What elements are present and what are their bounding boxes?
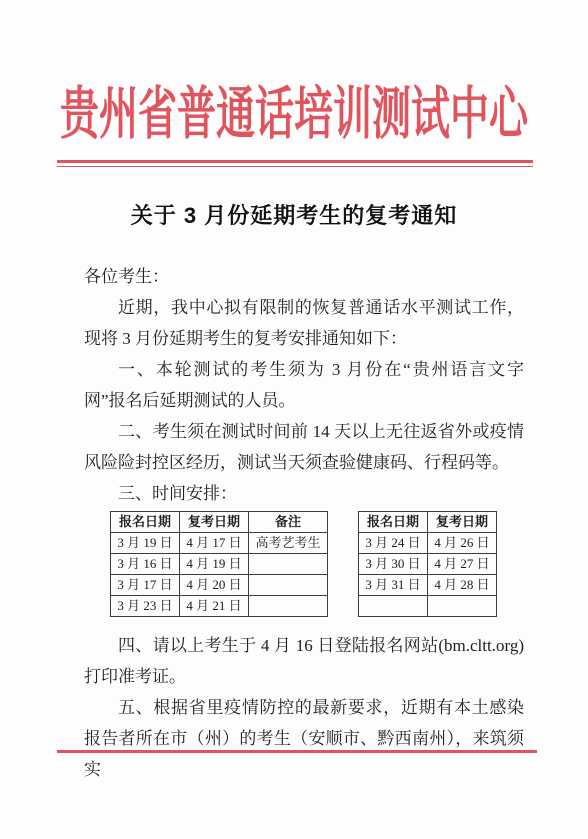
table-row: 3 月 31 日 4 月 28 日 — [359, 575, 497, 596]
cell-signup-date: 3 月 30 日 — [359, 554, 428, 575]
cell-signup-date: 3 月 23 日 — [111, 596, 180, 617]
cell-retest-date: 4 月 21 日 — [180, 596, 249, 617]
table-row: 3 月 17 日 4 月 20 日 — [111, 575, 328, 596]
salutation: 各位考生： — [84, 261, 524, 292]
paragraph-item-1: 一、本轮测试的考生须为 3 月份在“贵州语言文字网”报名后延期测试的人员。 — [84, 354, 524, 416]
table-header-row: 报名日期 复考日期 备注 — [111, 512, 328, 533]
cell-retest-date: 4 月 20 日 — [180, 575, 249, 596]
paragraph-item-4: 四、请以上考生于 4 月 16 日登陆报名网站(bm.cltt.org)打印准考… — [84, 630, 524, 692]
table-row: 3 月 16 日 4 月 19 日 — [111, 554, 328, 575]
paragraph-intro: 近期，我中心拟有限制的恢复普通话水平测试工作，现将 3 月份延期考生的复考安排通… — [84, 292, 524, 354]
cell-retest-date: 4 月 27 日 — [428, 554, 497, 575]
cell-retest-date: 4 月 17 日 — [180, 533, 249, 554]
document-page: 贵州省普通话培训测试中心 关于 3 月份延期考生的复考通知 各位考生： 近期，我… — [0, 0, 588, 839]
cell-note: 高考艺考生 — [249, 533, 328, 554]
cell-note — [249, 575, 328, 596]
table-header-row: 报名日期 复考日期 — [359, 512, 497, 533]
cell-signup-date: 3 月 19 日 — [111, 533, 180, 554]
schedule-tables: 报名日期 复考日期 备注 3 月 19 日 4 月 17 日 高考艺考生 3 月… — [110, 511, 524, 617]
column-header: 备注 — [249, 512, 328, 533]
notice-body: 各位考生： 近期，我中心拟有限制的恢复普通话水平测试工作，现将 3 月份延期考生… — [0, 230, 588, 785]
letterhead: 贵州省普通话培训测试中心 — [0, 62, 588, 158]
cell-signup-date: 3 月 24 日 — [359, 533, 428, 554]
column-header: 报名日期 — [359, 512, 428, 533]
cell-signup-date — [359, 596, 428, 617]
paragraph-item-3: 三、时间安排： — [84, 478, 524, 509]
cell-retest-date — [428, 596, 497, 617]
column-header: 复考日期 — [180, 512, 249, 533]
divider-thin-line — [57, 166, 533, 167]
column-header: 复考日期 — [428, 512, 497, 533]
notice-title: 关于 3 月份延期考生的复考通知 — [0, 199, 588, 230]
column-header: 报名日期 — [111, 512, 180, 533]
letterhead-org-name: 贵州省普通话培训测试中心 — [60, 69, 528, 150]
table-row: 3 月 23 日 4 月 21 日 — [111, 596, 328, 617]
schedule-table-right: 报名日期 复考日期 3 月 24 日 4 月 26 日 3 月 30 日 4 月… — [358, 511, 497, 617]
cell-note — [249, 596, 328, 617]
cell-signup-date: 3 月 16 日 — [111, 554, 180, 575]
table-row: 3 月 19 日 4 月 17 日 高考艺考生 — [111, 533, 328, 554]
cell-note — [249, 554, 328, 575]
cell-retest-date: 4 月 26 日 — [428, 533, 497, 554]
cell-signup-date: 3 月 17 日 — [111, 575, 180, 596]
cell-signup-date: 3 月 31 日 — [359, 575, 428, 596]
cell-retest-date: 4 月 19 日 — [180, 554, 249, 575]
paragraph-item-2: 二、考生须在测试时间前 14 天以上无往返省外或疫情风险险封控区经历，测试当天须… — [84, 416, 524, 478]
divider-thick-line — [57, 160, 533, 163]
footer-rule — [57, 750, 537, 753]
paragraph-item-5: 五、根据省里疫情防控的最新要求，近期有本土感染报告者所在市（州）的考生（安顺市、… — [84, 692, 524, 785]
table-row: 3 月 30 日 4 月 27 日 — [359, 554, 497, 575]
table-row — [359, 596, 497, 617]
schedule-table-left: 报名日期 复考日期 备注 3 月 19 日 4 月 17 日 高考艺考生 3 月… — [110, 511, 328, 617]
table-row: 3 月 24 日 4 月 26 日 — [359, 533, 497, 554]
letterhead-divider — [57, 160, 533, 167]
cell-retest-date: 4 月 28 日 — [428, 575, 497, 596]
